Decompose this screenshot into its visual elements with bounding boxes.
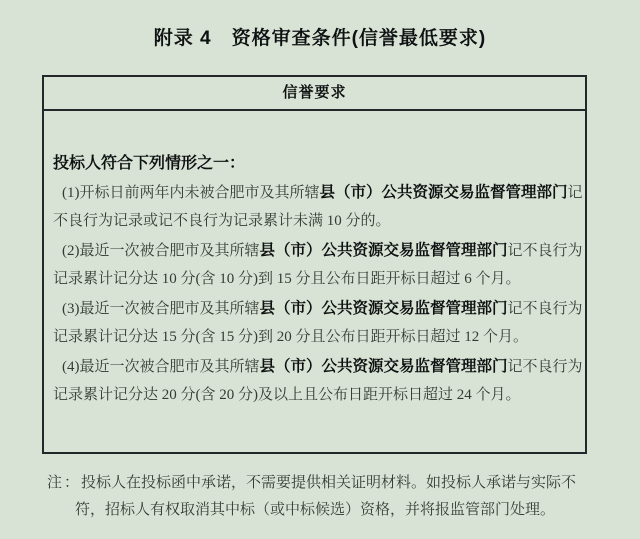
text-line: 记录累计记分达 20 分(含 20 分)及以上且公布日距开标日超过 24 个月。 xyxy=(53,381,576,410)
condition-item-4: (4)最近一次被合肥市及其所辖县（市）公共资源交易监督管理部门记不良行为记录累计… xyxy=(53,352,576,410)
footnote-line-2: 符，招标人有权取消其中标（或中标候选）资格，并将报监管部门处理。 xyxy=(47,497,640,524)
text-line: 记录累计记分达 15 分(含 15 分)到 20 分且公布日距开标日超过 12 … xyxy=(53,323,576,352)
table-header-credit-requirement: 信誉要求 xyxy=(44,77,585,111)
intro-line: 投标人符合下列情形之一： xyxy=(53,149,576,178)
table-body: 投标人符合下列情形之一： (1)开标日前两年内未被合肥市及其所辖县（市）公共资源… xyxy=(44,111,585,452)
footnote-label: 注： xyxy=(47,475,81,491)
document-page: 附录 4 资格审查条件(信誉最低要求) 信誉要求 投标人符合下列情形之一： (1… xyxy=(0,0,640,539)
text-line: (2)最近一次被合肥市及其所辖县（市）公共资源交易监督管理部门记不良行为 xyxy=(53,236,576,265)
text-line: 记录累计记分达 10 分(含 10 分)到 15 分且公布日距开标日超过 6 个… xyxy=(53,265,576,294)
text-line: (1)开标日前两年内未被合肥市及其所辖县（市）公共资源交易监督管理部门记 xyxy=(53,178,576,207)
text-line: (4)最近一次被合肥市及其所辖县（市）公共资源交易监督管理部门记不良行为 xyxy=(53,352,576,381)
footnote-line-1: 注：投标人在投标函中承诺，不需要提供相关证明材料。如投标人承诺与实际不 xyxy=(47,470,640,497)
condition-item-2: (2)最近一次被合肥市及其所辖县（市）公共资源交易监督管理部门记不良行为记录累计… xyxy=(53,236,576,294)
text-line: 不良行为记录或记不良行为记录累计未满 10 分的。 xyxy=(53,207,576,236)
credit-requirements-table: 信誉要求 投标人符合下列情形之一： (1)开标日前两年内未被合肥市及其所辖县（市… xyxy=(42,75,587,454)
condition-item-3: (3)最近一次被合肥市及其所辖县（市）公共资源交易监督管理部门记不良行为记录累计… xyxy=(53,294,576,352)
page-title: 附录 4 资格审查条件(信誉最低要求) xyxy=(0,0,640,53)
footnote-text-1: 投标人在投标函中承诺，不需要提供相关证明材料。如投标人承诺与实际不 xyxy=(81,475,576,491)
text-line: (3)最近一次被合肥市及其所辖县（市）公共资源交易监督管理部门记不良行为 xyxy=(53,294,576,323)
footnote: 注：投标人在投标函中承诺，不需要提供相关证明材料。如投标人承诺与实际不 符，招标… xyxy=(47,470,640,524)
condition-item-1: (1)开标日前两年内未被合肥市及其所辖县（市）公共资源交易监督管理部门记不良行为… xyxy=(53,178,576,236)
